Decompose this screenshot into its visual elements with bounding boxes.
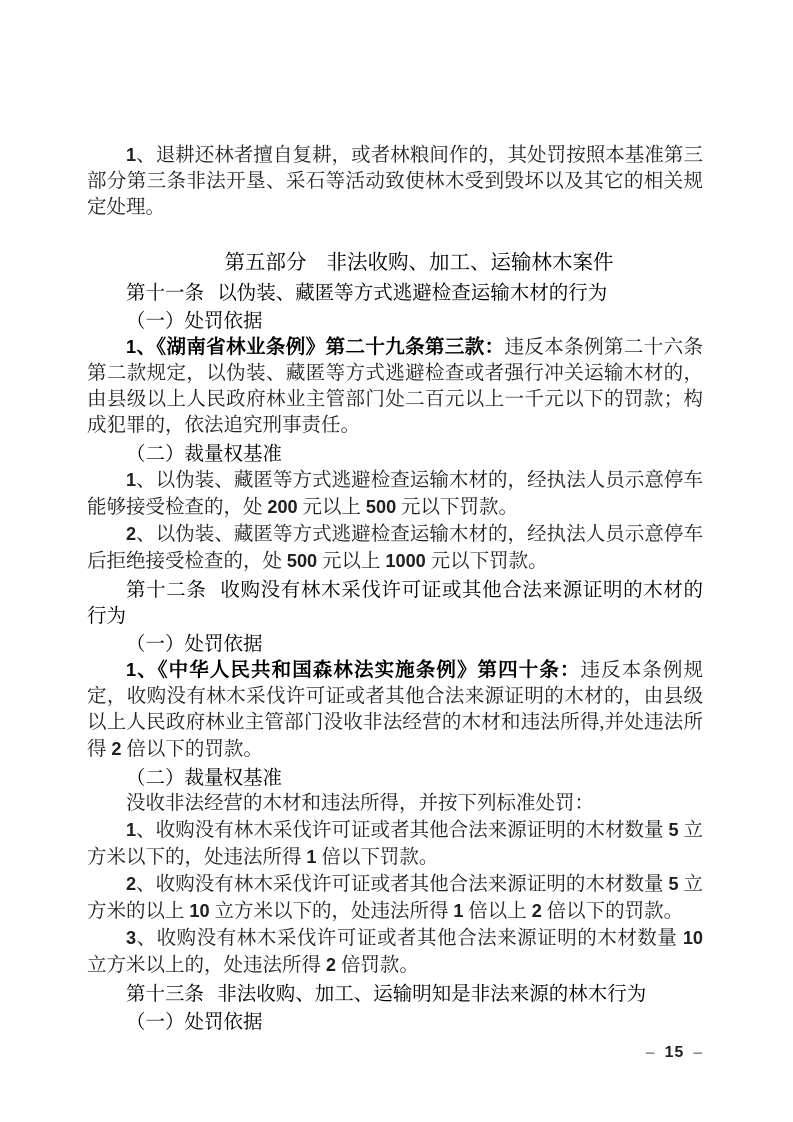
article-12-penalty-basis-item: 1、《中华人民共和国森林法实施条例》第四十条：违反本条例规定，收购没有林木采伐许… bbox=[87, 657, 703, 763]
document-content: 1、退耕还林者擅自复耕，或者林粮间作的，其处罚按照本基准第三部分第三条非法开垦、… bbox=[87, 142, 703, 1035]
article-11-penalty-basis-item: 1、《湖南省林业条例》第二十九条第三款：违反本条例第二十六条第二款规定，以伪装、… bbox=[87, 334, 703, 439]
article-11-title: 第十一条 以伪装、藏匿等方式逃避检查运输木材的行为 bbox=[87, 280, 703, 306]
article-11-penalty-basis-label: （一）处罚依据 bbox=[87, 308, 703, 334]
page-number: – 15 – bbox=[646, 1042, 703, 1063]
article-11-standard-item-1: 1、以伪装、藏匿等方式逃避检查运输木材的，经执法人员示意停车能够接受检查的，处 … bbox=[87, 467, 703, 521]
article-12-discretion-standard-label: （二）裁量权基准 bbox=[87, 765, 703, 791]
section-5-title: 第五部分 非法收购、加工、运输林木案件 bbox=[87, 249, 703, 276]
article-12-standard-item-3: 3、收购没有林木采伐许可证或者其他合法来源证明的木材数量 10 立方米以上的，处… bbox=[87, 925, 703, 979]
article-13-penalty-basis-label: （一）处罚依据 bbox=[87, 1009, 703, 1035]
article-12-standard-intro: 没收非法经营的木材和违法所得，并按下列标准处罚： bbox=[87, 791, 703, 817]
article-11-standard-item-2: 2、以伪装、藏匿等方式逃避检查运输木材的，经执法人员示意停车后拒绝接受检查的，处… bbox=[87, 521, 703, 575]
article-12-standard-item-1: 1、收购没有林木采伐许可证或者其他合法来源证明的木材数量 5 立方米以下的，处违… bbox=[87, 817, 703, 871]
citation-forest-law-implementation: 1、《中华人民共和国森林法实施条例》第四十条： bbox=[126, 659, 581, 681]
document-page: 1、退耕还林者擅自复耕，或者林粮间作的，其处罚按照本基准第三部分第三条非法开垦、… bbox=[0, 0, 793, 1122]
article-13-title: 第十三条 非法收购、加工、运输明知是非法来源的林木行为 bbox=[87, 981, 703, 1007]
article-12-penalty-basis-label: （一）处罚依据 bbox=[87, 631, 703, 657]
paragraph-replant-rule: 1、退耕还林者擅自复耕，或者林粮间作的，其处罚按照本基准第三部分第三条非法开垦、… bbox=[87, 142, 703, 221]
article-12-title: 第十二条 收购没有林木采伐许可证或其他合法来源证明的木材的行为 bbox=[87, 577, 703, 629]
article-12-standard-item-2: 2、收购没有林木采伐许可证或者其他合法来源证明的木材数量 5 立方米的以上 10… bbox=[87, 871, 703, 925]
citation-hunan-forestry-regulation: 1、《湖南省林业条例》第二十九条第三款： bbox=[126, 336, 505, 358]
article-11-discretion-standard-label: （二）裁量权基准 bbox=[87, 441, 703, 467]
